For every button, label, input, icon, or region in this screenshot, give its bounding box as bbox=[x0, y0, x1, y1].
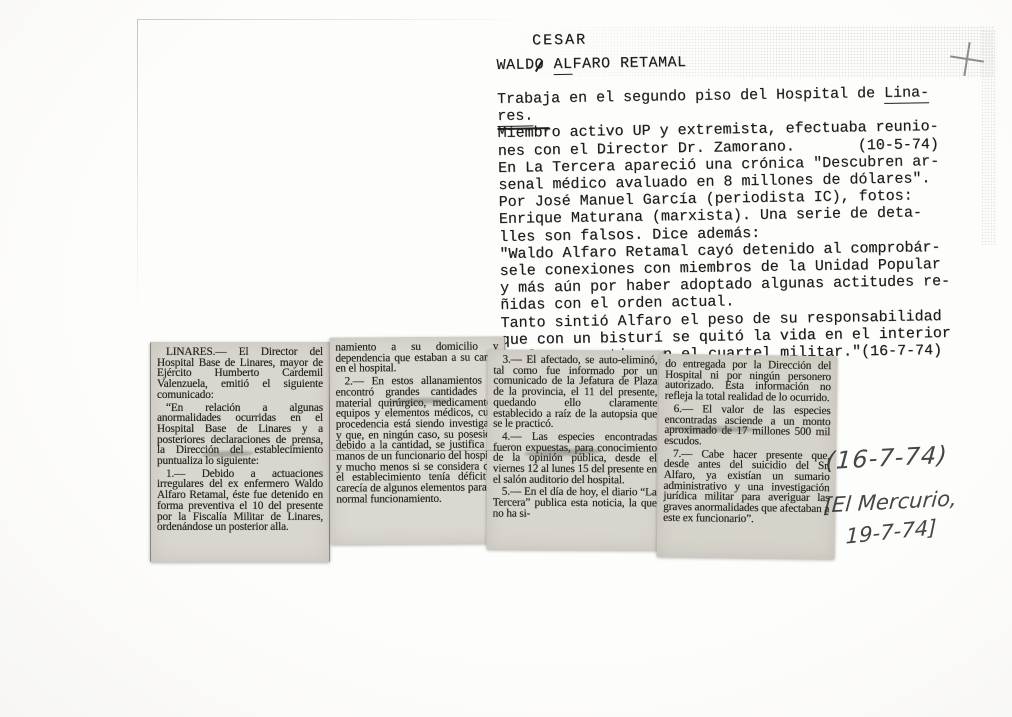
subject-name-line: WALDO ALFARO RETAMAL bbox=[496, 54, 686, 74]
clipping-paragraph: 3.— El afectado, se auto-eliminó, tal co… bbox=[493, 355, 657, 431]
handwritten-date-annotation: (16-7-74) bbox=[825, 441, 949, 475]
handwritten-source-annotation: [El Mercurio, bbox=[823, 487, 958, 518]
clipping-cut-line bbox=[332, 450, 504, 451]
name-part: FARO RETAMAL bbox=[572, 54, 686, 73]
clipping-paragraph: 5.— En el día de hoy, el diario “La Terc… bbox=[493, 487, 657, 520]
handwritten-source-date: 19-7-74] bbox=[845, 515, 936, 548]
clipping-paragraph: LINARES.— El Director del Hospital Base … bbox=[157, 347, 323, 401]
clipping-paragraph: 2.— En estos allanamientos se encontró g… bbox=[336, 376, 500, 506]
clipping-column-4: do entregada por la Dirección del Hospit… bbox=[657, 354, 838, 559]
inserted-name-correction: CESAR bbox=[532, 32, 587, 50]
clipping-paragraph: 7.— Cabe hacer presente que, desde antes… bbox=[663, 448, 830, 525]
clipping-paragraph: namiento a su domicilio y dependencia qu… bbox=[335, 341, 498, 374]
clipping-paragraph: 4.— Las especies encontradas fueron expu… bbox=[493, 431, 657, 485]
typed-text: Trabaja en el segundo piso del Hospital … bbox=[497, 85, 884, 108]
name-part bbox=[544, 56, 554, 73]
slashed-letter: O bbox=[534, 56, 544, 73]
document-scan-background: CESAR WALDO ALFARO RETAMAL Trabaja en el… bbox=[0, 0, 1012, 717]
typed-line: Trabaja en el segundo piso del Hospital … bbox=[497, 84, 929, 108]
paper-top-edge bbox=[137, 19, 517, 20]
clipping-paragraph: do entregada por la Dirección del Hospit… bbox=[665, 359, 832, 404]
paper-left-edge bbox=[137, 20, 138, 320]
name-part: WALD bbox=[496, 56, 534, 74]
typed-line: res. bbox=[497, 107, 533, 125]
clipping-paragraph: 1.— Debido a actuaciones irregulares del… bbox=[157, 469, 323, 533]
typed-note: CESAR WALDO ALFARO RETAMAL Trabaja en el… bbox=[496, 25, 1006, 378]
clipping-column-2: namiento a su domicilio y dependencia qu… bbox=[329, 336, 506, 544]
underlined-letters: AL bbox=[553, 56, 572, 75]
underlined-text: Lina- bbox=[884, 84, 929, 104]
clipping-paragraph: “En relación a algunas anormalidades ocu… bbox=[157, 403, 323, 467]
